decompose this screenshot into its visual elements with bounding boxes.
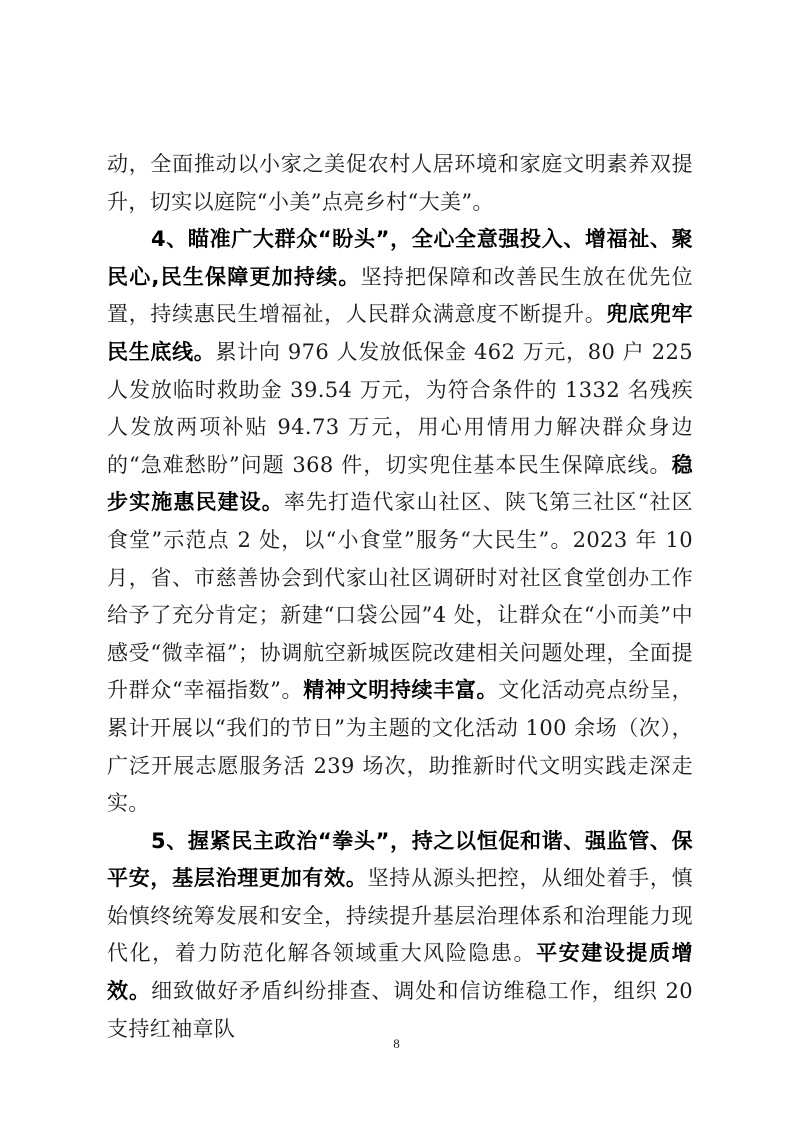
document-page-body: 动，全面推动以小家之美促农村人居环境和家庭文明素养双提升，切实以庭院“小美”点亮… bbox=[107, 146, 693, 1048]
paragraph-rural-environment-continuation: 动，全面推动以小家之美促农村人居环境和家庭文明素养双提升，切实以庭院“小美”点亮… bbox=[107, 146, 693, 221]
paragraph-section-5-governance: 5、握紧民主政治“拳头”，持之以恒促和谐、强监管、保平安，基层治理更加有效。坚持… bbox=[107, 823, 693, 1049]
paragraph-section-4-livelihood: 4、瞄准广大群众“盼头”，全心全意强投入、增福祉、聚民心,民生保障更加持续。坚持… bbox=[107, 221, 693, 823]
text-run: 率先打造代家山社区、陕飞第三社区“社区食堂”示范点 2 处，以“小食堂”服务“大… bbox=[107, 490, 693, 702]
text-run: 动，全面推动以小家之美促农村人居环境和家庭文明素养双提升，切实以庭院“小美”点亮… bbox=[107, 152, 693, 214]
page-number: 8 bbox=[0, 1036, 793, 1052]
text-run: 细致做好矛盾纠纷排查、调处和信访维稳工作，组织 20 支持红袖章队 bbox=[107, 979, 693, 1041]
subheading-spiritual-civilization: 精神文明持续丰富。 bbox=[303, 678, 498, 702]
